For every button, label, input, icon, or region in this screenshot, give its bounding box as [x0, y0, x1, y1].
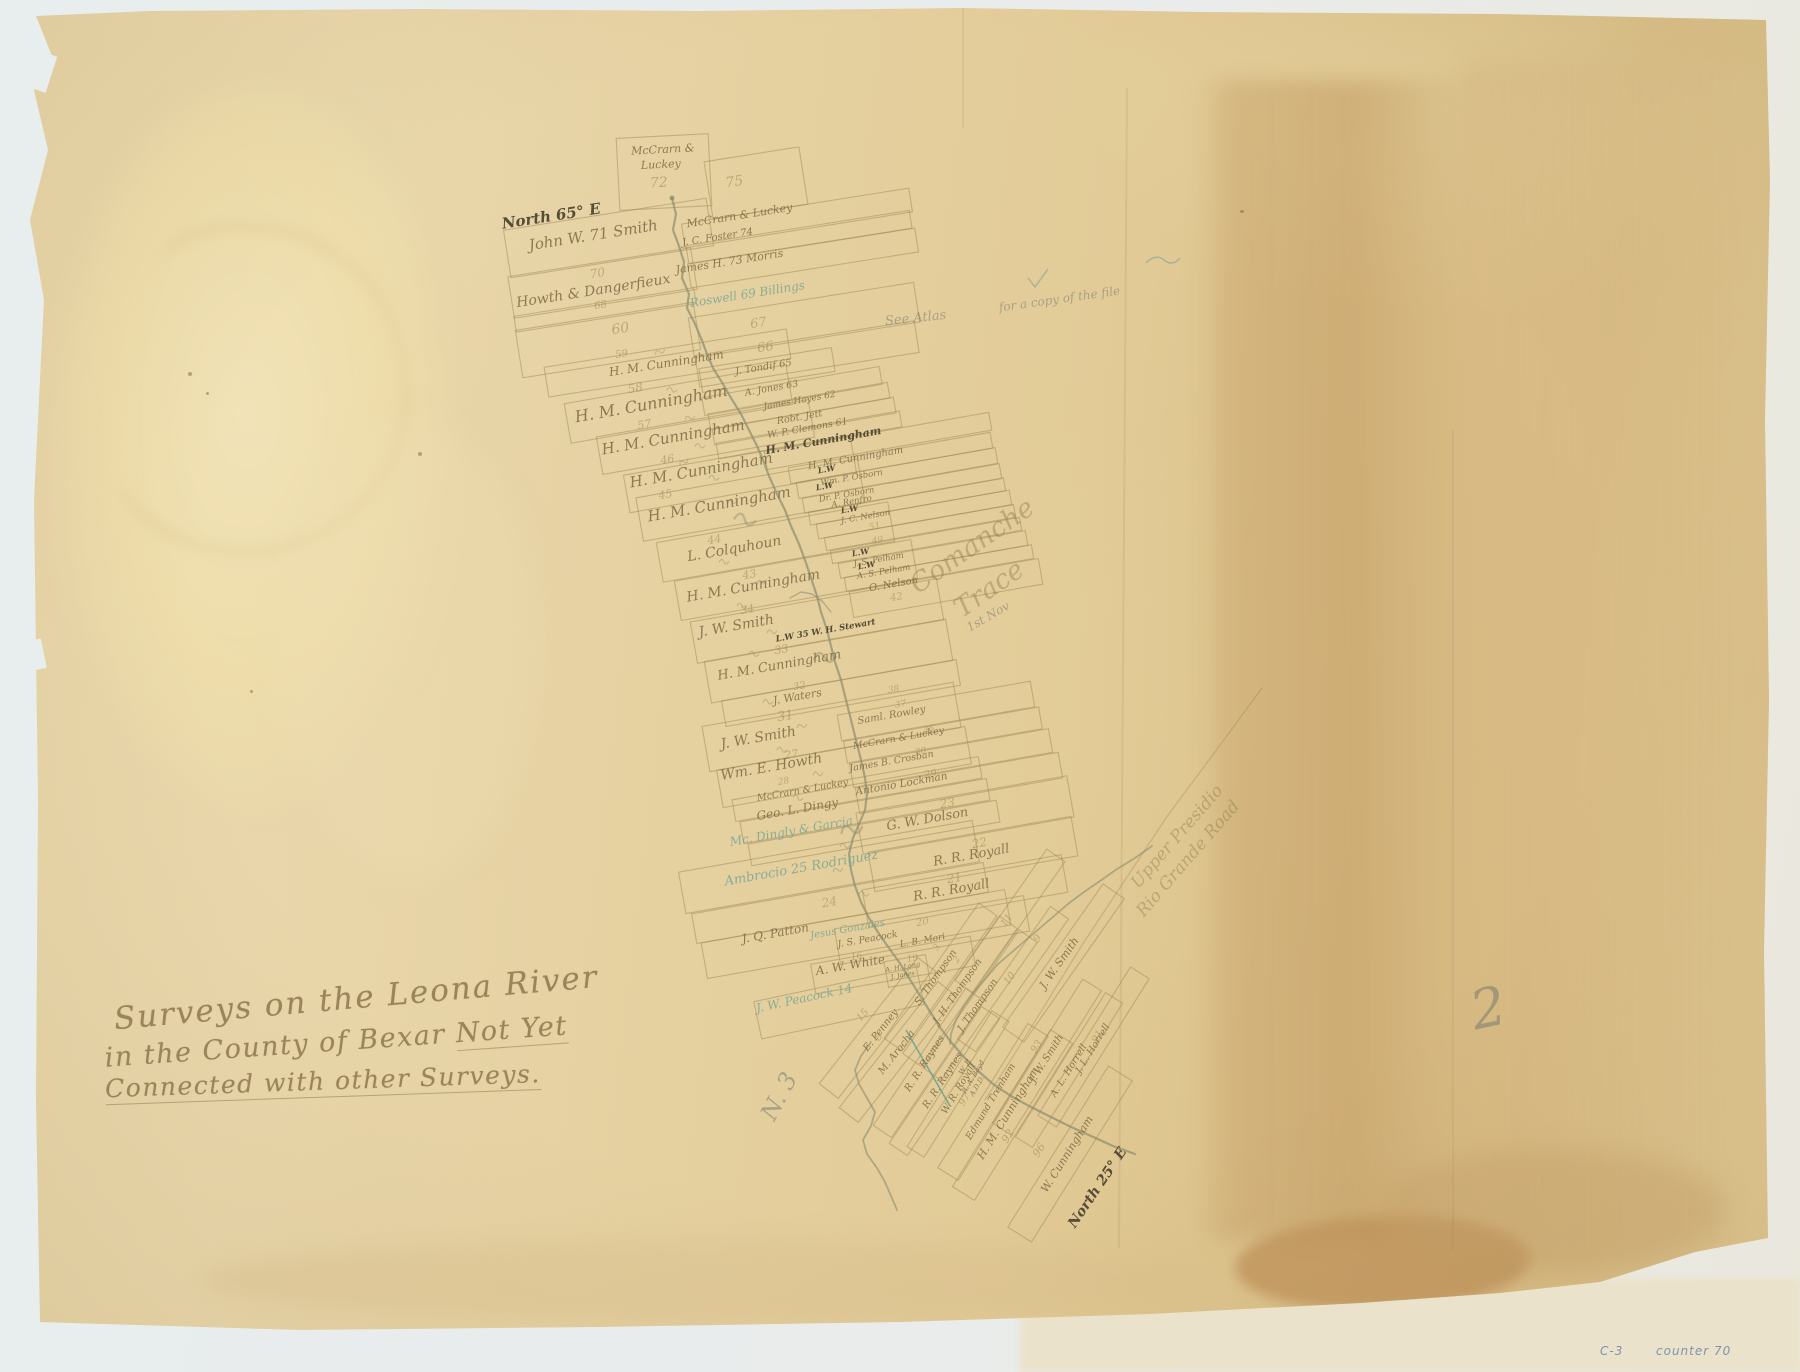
plot-label: L.W	[814, 479, 835, 492]
plot-label: McCrarn & Luckey	[685, 201, 794, 231]
plot-label: J. W. Peacock 14	[752, 981, 854, 1016]
plot-label: Saml. Rowley	[857, 704, 927, 727]
plot-label: 31	[776, 708, 795, 726]
plot-label: 20	[914, 916, 930, 929]
plot-label: 19	[906, 953, 919, 965]
plot-label: Mc. Dingly & Garcia	[728, 813, 854, 849]
marsh-tuft-mark	[763, 699, 773, 704]
plot-label: See Atlas	[884, 308, 947, 329]
plot-label: McCrarn &	[630, 141, 695, 157]
plot-label: 58	[627, 380, 645, 397]
plot-label: 67	[749, 315, 768, 333]
plot-label: James H. 73 Morris	[673, 247, 785, 277]
plot-label: 75	[724, 173, 744, 192]
plot-label: 59	[614, 348, 629, 361]
plot-label: J. Tondif 65	[733, 358, 793, 378]
marsh-tuft-mark	[813, 771, 823, 776]
plot-label: 45	[656, 487, 673, 502]
plot-label: J. W. Smith	[1035, 935, 1081, 993]
plot-label: 72	[649, 175, 668, 192]
river-spring-dot	[670, 196, 675, 201]
plot-label: 66	[756, 339, 775, 356]
plot-label: 51	[868, 521, 881, 533]
plot-label: J. Q. Patton	[738, 920, 810, 946]
mat-mark-counter: counter 70	[1656, 1344, 1731, 1358]
plot-label: 2	[1464, 974, 1512, 1043]
plot-label: 57	[636, 417, 652, 432]
marsh-tuft-mark	[767, 629, 777, 634]
plot-label: 33	[773, 642, 789, 657]
plot-label: 9	[1032, 932, 1045, 944]
plot-label: 70	[589, 265, 607, 281]
plot-label: 3	[932, 942, 944, 953]
plot-label: 93	[1029, 1038, 1045, 1055]
plot-label: 24	[820, 894, 838, 911]
plot-label: H. M. Cunningham	[627, 449, 774, 492]
plot-label: L. Colquhoun	[685, 533, 783, 565]
pencil-flourish	[1028, 269, 1048, 287]
marsh-tuft-mark	[859, 891, 870, 897]
plot-label: 15	[855, 1007, 872, 1024]
plot-label: 49	[870, 535, 884, 547]
marsh-tuft-mark	[719, 559, 729, 564]
plot-label: Roswell 69 Billings	[688, 278, 806, 310]
plot-label: 68	[593, 299, 607, 312]
survey-map-svg: McCrarn &Luckey7275North 65° EJohn W. 71…	[0, 0, 1800, 1372]
plot-label: Luckey	[640, 157, 682, 172]
plot-label: J. C. Foster 74	[680, 227, 754, 249]
marsh-tuft-mark	[695, 443, 705, 448]
plot-label: North 25° E	[1064, 1144, 1130, 1231]
plot-label: L.W	[816, 462, 837, 475]
plot-label: for a copy of the file	[997, 284, 1121, 315]
marsh-tuft-mark	[797, 723, 808, 730]
plot-label: 38	[887, 684, 900, 696]
mat-mark-c3: C-3	[1600, 1344, 1623, 1358]
survey-plot-boundary	[695, 321, 919, 387]
plot-label: Wm. E. Howth	[719, 750, 823, 784]
plot-label: 42	[888, 591, 903, 604]
plot-label: 28	[776, 776, 790, 788]
plot-label: 60	[610, 320, 630, 339]
scanned-survey-map: McCrarn &Luckey7275North 65° EJohn W. 71…	[0, 0, 1800, 1372]
plot-label: N. 3	[754, 1068, 803, 1126]
marsh-tuft-mark	[840, 843, 850, 848]
survey-plot-boundary	[702, 367, 882, 416]
plot-label: 96	[1030, 1141, 1048, 1160]
pencil-flourish	[1146, 257, 1180, 263]
